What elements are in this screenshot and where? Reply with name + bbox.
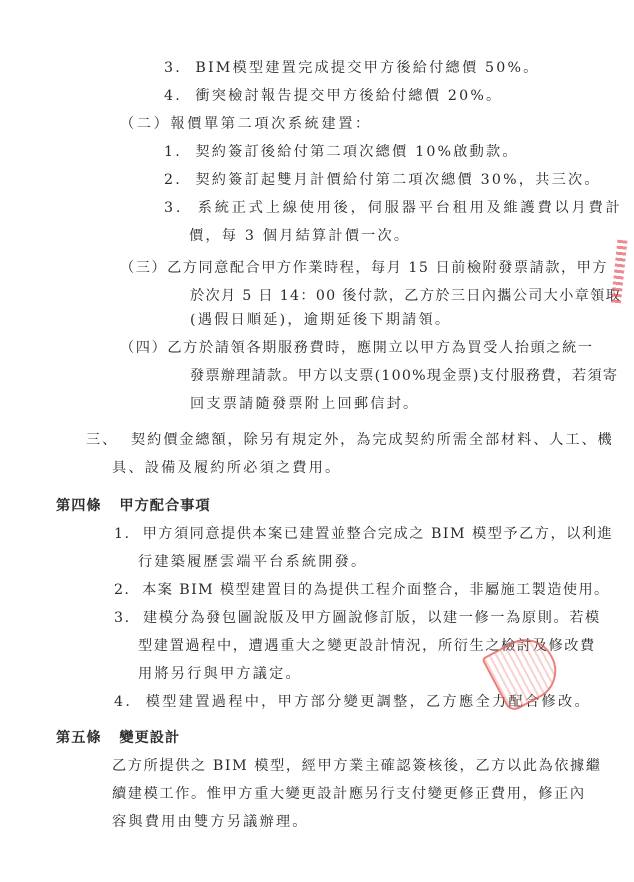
article-4-item-3-cont2: 用將另行與甲方議定。 (138, 664, 302, 684)
article-4-item-1-cont: 行建築履歷雲端平台系統開發。 (138, 552, 367, 572)
section-3-line3: (遇假日順延)，逾期延後下期請領。 (190, 310, 451, 330)
payment-item-3: 3. BIM模型建置完成提交甲方後給付總價 50%。 (164, 58, 540, 78)
article-5-line3: 容與費用由雙方另議辦理。 (112, 812, 309, 832)
section-2-heading: （二）報價單第二項次系統建置： (120, 114, 372, 134)
section-3-line2: 於次月 5 日 14：00 後付款，乙方於三日內攜公司大小章領取 (190, 286, 621, 306)
system-item-2: 2. 契約簽訂起雙月計價給付第二項次總價 30%，共三次。 (164, 170, 601, 190)
section-4-line2: 發票辦理請款。甲方以支票(100%現金票)支付服務費，若須寄 (190, 366, 618, 386)
article-4-item-2: 2. 本案 BIM 模型建置目的為提供工程介面整合，非屬施工製造使用。 (114, 580, 610, 600)
system-item-3-cont: 價，每 3 個月結算計價一次。 (189, 226, 410, 246)
payment-item-4: 4. 衝突檢討報告提交甲方後給付總價 20%。 (164, 86, 502, 106)
article-4-heading: 第四條 甲方配合事項 (56, 496, 211, 516)
article-5-heading: 第五條 變更設計 (56, 728, 180, 748)
section-4-line3: 回支票請隨發票附上回郵信封。 (190, 394, 419, 414)
clause-3-line1: 三、 契約價金總額，除另有規定外，為完成契約所需全部材料、人工、機 (86, 430, 614, 450)
clause-3-line2: 具、設備及履約所必須之費用。 (112, 458, 341, 478)
margin-seal-stamp (611, 240, 628, 307)
article-5-line1: 乙方所提供之 BIM 模型，經甲方業主確認簽核後，乙方以此為依據繼 (112, 756, 602, 776)
article-4-item-1: 1. 甲方須同意提供本案已建置並整合完成之 BIM 模型予乙方，以利進 (114, 524, 613, 544)
article-5-line2: 續建模工作。惟甲方重大變更設計應另行支付變更修正費用，修正內 (112, 784, 586, 804)
system-item-1: 1. 契約簽訂後給付第二項次總價 10%啟動款。 (164, 142, 519, 162)
article-4-item-3: 3. 建模分為發包圖說版及甲方圖說修訂版，以建一修一為原則。若模 (114, 608, 601, 628)
system-item-3: 3. 系統正式上線使用後，伺服器平台租用及維護費以月費計 (164, 198, 622, 218)
section-3-line1: （三）乙方同意配合甲方作業時程，每月 15 日前檢附發票請款，甲方 (120, 258, 608, 278)
section-4-line1: （四）乙方於請領各期服務費時，應開立以甲方為買受人抬頭之統一 (120, 338, 594, 358)
